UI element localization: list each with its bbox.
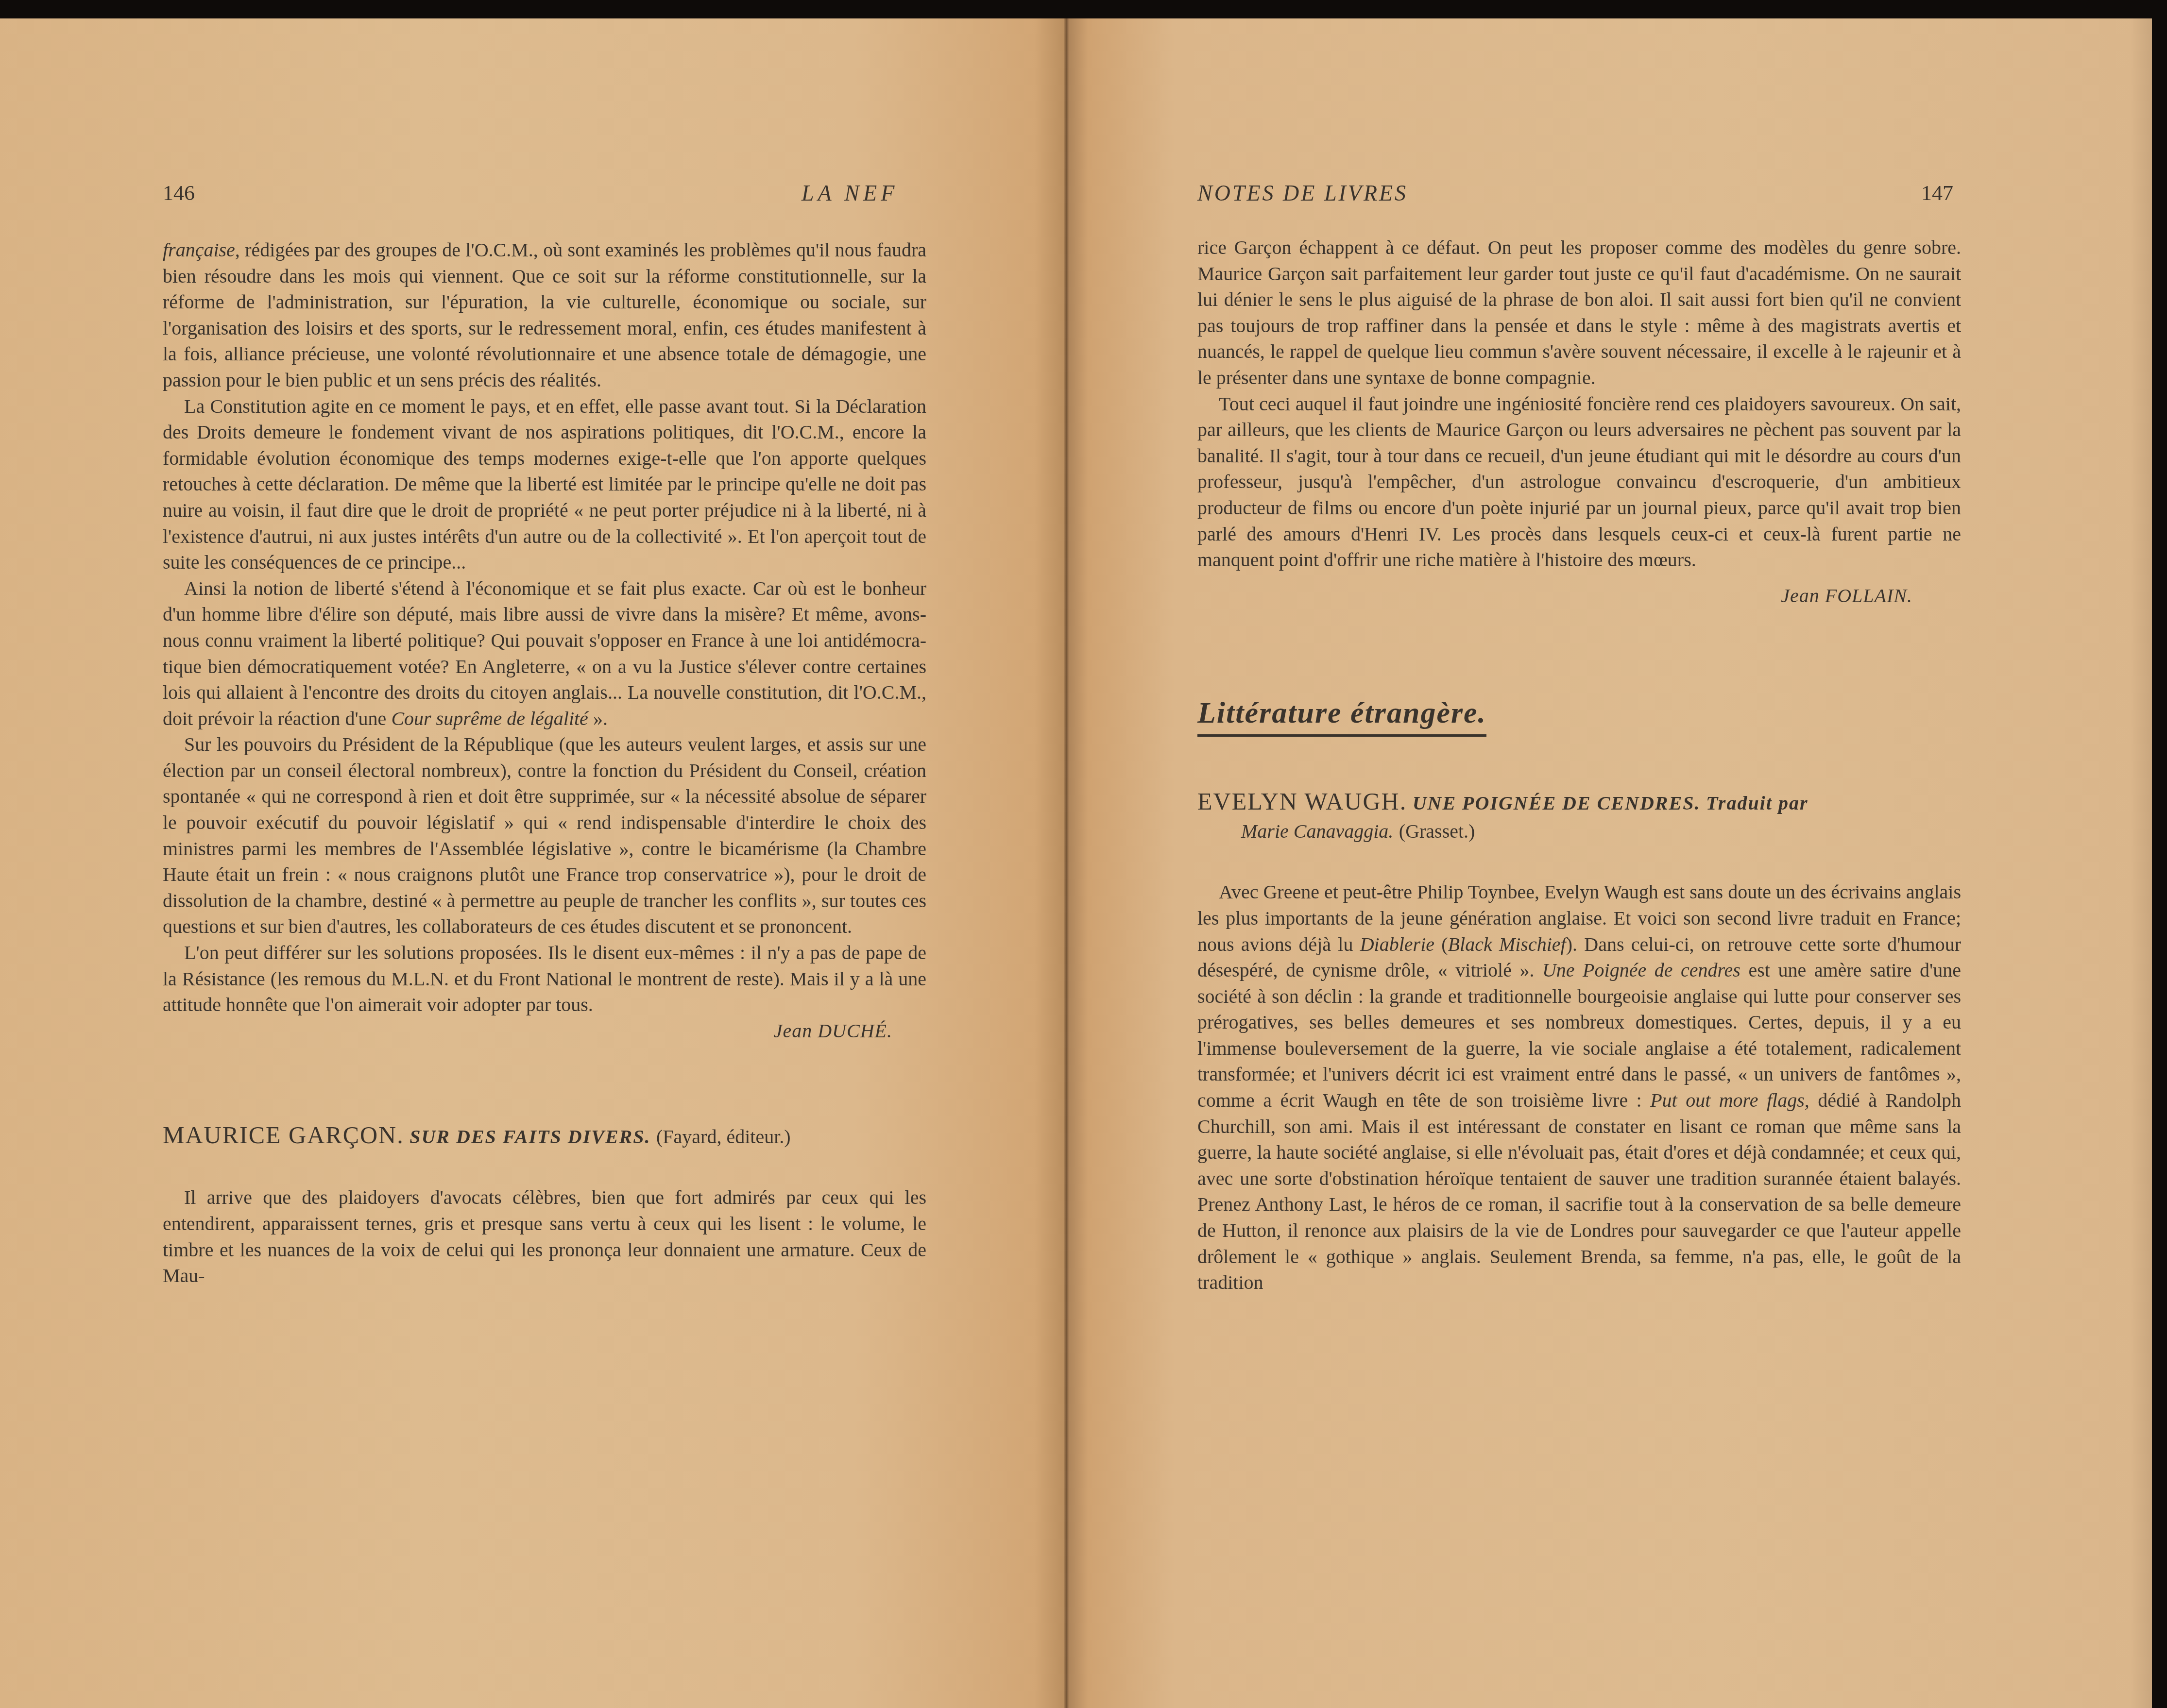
left-text-column: française, rédigées par des groupes de l… <box>163 237 926 1289</box>
book-author: MAURICE GARÇON. <box>163 1121 404 1149</box>
book-translator: Marie Canavaggia. <box>1241 820 1393 842</box>
paragraph: rice Garçon échappent à ce défaut. On pe… <box>1197 235 1961 391</box>
book-title: UNE POIGNÉE DE CENDRES. <box>1413 792 1701 814</box>
italic-text: Black Mischief <box>1448 933 1566 955</box>
spacer <box>1197 737 1961 788</box>
italic-text: Diablerie <box>1360 933 1434 955</box>
running-head-left: LA NEF <box>802 179 898 208</box>
paragraph: Tout ceci auquel il faut joindre une ing… <box>1197 391 1961 573</box>
paragraph-text: rédigées par des groupes de l'O.C.M., où… <box>163 239 926 391</box>
book-publisher: (Grasset.) <box>1399 820 1475 842</box>
signature-follain: Jean FOLLAIN. <box>1197 583 1961 609</box>
book-spread: 146 LA NEF française, rédigées par des g… <box>0 18 2152 1708</box>
running-head-right: NOTES DE LIVRES <box>1197 179 1408 208</box>
page-number-right: 147 <box>1921 179 1953 208</box>
book-publisher: (Fayard, éditeur.) <box>656 1126 791 1148</box>
book-title: SUR DES FAITS DIVERS. <box>410 1126 650 1148</box>
book-gutter <box>1064 18 1069 1708</box>
section-title: Littérature étrangère. <box>1197 693 1486 737</box>
spacer <box>163 1150 926 1184</box>
paragraph-text: Ainsi la notion de liberté s'étend à l'é… <box>163 577 926 729</box>
italic-text: Cour suprême de légalité <box>391 708 588 729</box>
paragraph-text: ( <box>1434 933 1448 955</box>
paragraph: Ainsi la notion de liberté s'étend à l'é… <box>163 575 926 732</box>
left-page: 146 LA NEF française, rédigées par des g… <box>0 18 1066 1708</box>
signature-duche: Jean DUCHÉ. <box>163 1018 926 1044</box>
paragraph-text: est une amère satire d'une société à son… <box>1197 959 1961 1111</box>
page-number-left: 146 <box>163 179 195 208</box>
paragraph: L'on peut différer sur les solutions pro… <box>163 940 926 1018</box>
paragraph: française, rédigées par des groupes de l… <box>163 237 926 393</box>
italic-text: Put out more flags, <box>1650 1089 1809 1111</box>
paragraph: Sur les pouvoirs du Président de la Répu… <box>163 731 926 940</box>
book-heading-waugh-line2: Marie Canavaggia. (Grasset.) <box>1197 817 1961 845</box>
spacer <box>1197 609 1961 693</box>
spacer <box>1197 573 1961 583</box>
paragraph: Avec Greene et peut-être Philip Toynbee,… <box>1197 879 1961 1296</box>
book-heading-waugh: EVELYN WAUGH. UNE POIGNÉE DE CENDRES. Tr… <box>1197 788 1961 817</box>
spacer <box>1197 845 1961 879</box>
book-author: EVELYN WAUGH. <box>1197 788 1407 815</box>
translated-by: Traduit par <box>1706 792 1809 814</box>
paragraph-text: dédié à Randolph Churchill, son ami. Mai… <box>1197 1089 1961 1293</box>
spacer <box>163 1044 926 1121</box>
italic-text: Une Poignée de cen­dres <box>1542 959 1740 981</box>
italic-text: française, <box>163 239 240 261</box>
book-heading-garcon: MAURICE GARÇON. SUR DES FAITS DIVERS. (F… <box>163 1121 926 1150</box>
paragraph: Il arrive que des plaidoyers d'avocats c… <box>163 1184 926 1288</box>
paragraph: La Constitution agite en ce moment le pa… <box>163 393 926 575</box>
paragraph-text: ». <box>588 708 608 729</box>
right-text-column: rice Garçon échappent à ce défaut. On pe… <box>1197 235 1961 1296</box>
